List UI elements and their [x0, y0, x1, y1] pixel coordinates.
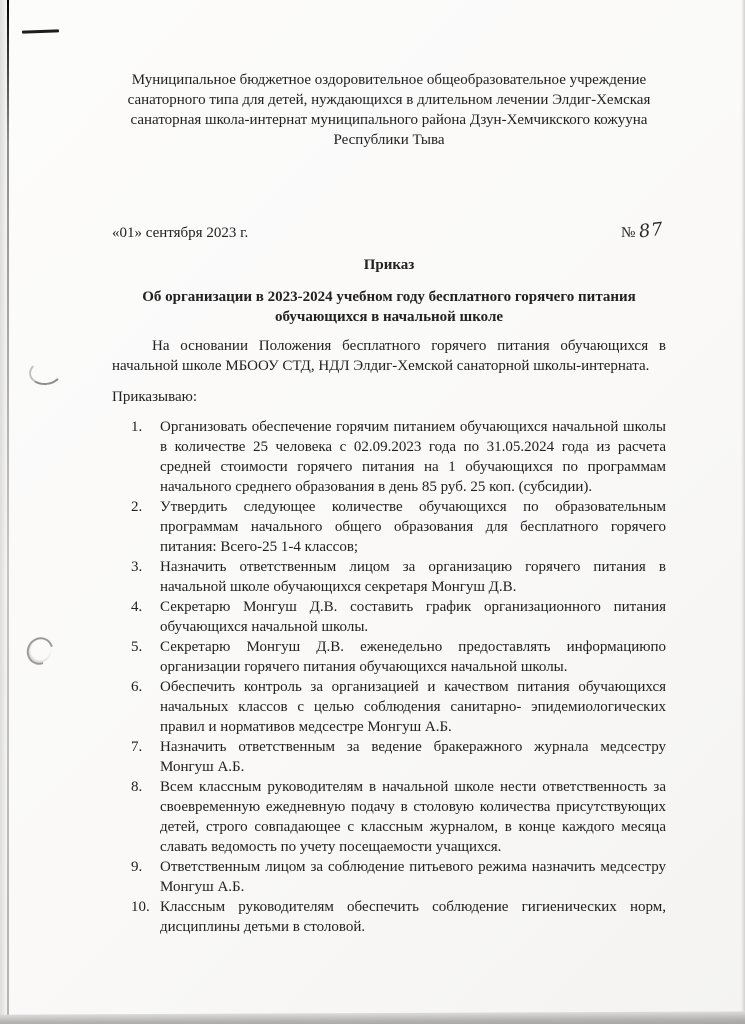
order-item: Назначить ответственным за ведение браке…	[160, 737, 666, 777]
page-left-margin-edge	[0, 0, 7, 1024]
order-items-list: Организовать обеспечение горячим питание…	[112, 417, 666, 937]
handwritten-number: 87	[638, 221, 665, 242]
document-title: Приказ	[112, 255, 666, 275]
organization-header-line: Республики Тыва	[112, 130, 666, 150]
order-item: Секретарю Монгуш Д.В. составить график о…	[160, 597, 666, 637]
document-subtitle: Об организации в 2023-2024 учебном году …	[112, 287, 666, 327]
organization-header-line: санаторного типа для детей, нуждающихся …	[112, 90, 666, 110]
document-content: Муниципальное бюджетное оздоровительное …	[112, 0, 666, 937]
decree-label: Приказываю:	[112, 387, 666, 407]
order-item: Классным руководителям обеспечить соблюд…	[160, 897, 666, 937]
organization-header: Муниципальное бюджетное оздоровительное …	[112, 70, 666, 150]
document-date: «01» сентября 2023 г.	[112, 223, 248, 243]
organization-header-line: Муниципальное бюджетное оздоровительное …	[112, 70, 666, 90]
intro-paragraph: На основании Положения бесплатного горяч…	[112, 336, 666, 376]
order-item: Всем классным руководителям в начальной …	[160, 777, 666, 857]
order-item: Организовать обеспечение горячим питание…	[160, 417, 666, 497]
scan-corner-artifact	[22, 29, 59, 33]
order-item: Обеспечить контроль за организацией и ка…	[160, 677, 666, 737]
page-left-edge-shadow	[7, 0, 9, 1024]
order-item: Секретарю Монгуш Д.В. еженедельно предос…	[160, 637, 666, 677]
hole-punch-mark-top	[28, 358, 63, 386]
order-item: Утвердить следующее количестве обучающих…	[160, 497, 666, 557]
page-bottom-edge-shadow	[0, 1011, 745, 1024]
number-sign: №	[621, 225, 635, 241]
date-and-number-row: «01» сентября 2023 г. № 87	[112, 223, 666, 243]
order-item: Назначить ответственным лицом за организ…	[160, 557, 666, 597]
document-number: № 87	[621, 223, 666, 243]
order-item: Ответственным лицом за соблюдение питьев…	[160, 857, 666, 897]
page-right-edge-shadow	[741, 0, 745, 1024]
hole-punch-mark-bottom	[22, 633, 58, 670]
organization-header-line: санаторная школа-интернат муниципального…	[112, 110, 666, 130]
scanned-document-page: Муниципальное бюджетное оздоровительное …	[0, 0, 745, 1024]
